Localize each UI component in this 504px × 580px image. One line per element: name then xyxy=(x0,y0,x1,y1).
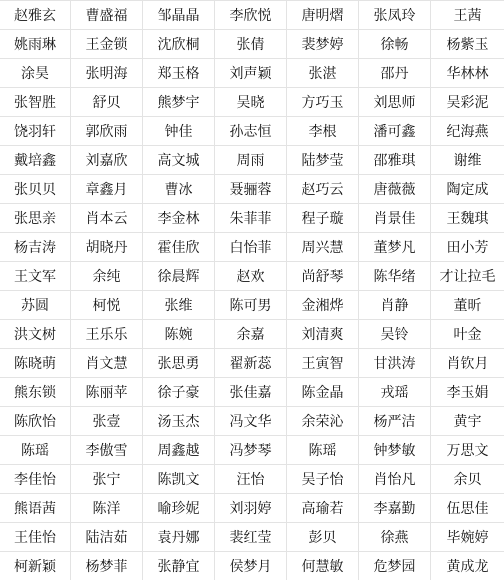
name-cell: 吴铃 xyxy=(359,320,431,349)
name-cell: 饶羽轩 xyxy=(0,117,71,146)
name-cell: 王寅智 xyxy=(287,349,359,378)
name-cell: 涂昊 xyxy=(0,59,71,88)
name-cell: 徐晨辉 xyxy=(143,262,215,291)
name-cell: 苏圆 xyxy=(0,291,71,320)
name-cell: 熊梦宇 xyxy=(143,88,215,117)
name-cell: 陆洁茹 xyxy=(71,523,143,552)
name-cell: 张宁 xyxy=(71,465,143,494)
name-cell: 方巧玉 xyxy=(287,88,359,117)
name-cell: 黄宇 xyxy=(431,407,504,436)
name-cell: 张思勇 xyxy=(143,349,215,378)
name-cell: 徐畅 xyxy=(359,30,431,59)
name-cell: 赵雅玄 xyxy=(0,1,71,30)
name-cell: 陈金晶 xyxy=(287,378,359,407)
name-cell: 危梦园 xyxy=(359,552,431,580)
name-cell: 张静宜 xyxy=(143,552,215,580)
name-cell: 陈丽苹 xyxy=(71,378,143,407)
name-cell: 刘声颖 xyxy=(215,59,287,88)
name-cell: 余贝 xyxy=(431,465,504,494)
name-cell: 谢维 xyxy=(431,146,504,175)
name-cell: 万思文 xyxy=(431,436,504,465)
name-cell: 舒贝 xyxy=(71,88,143,117)
name-cell: 潘可鑫 xyxy=(359,117,431,146)
name-cell: 徐子豪 xyxy=(143,378,215,407)
name-cell: 郑玉格 xyxy=(143,59,215,88)
name-cell: 李玉娟 xyxy=(431,378,504,407)
name-cell: 陈欣怡 xyxy=(0,407,71,436)
name-cell: 陈可男 xyxy=(215,291,287,320)
name-cell: 翟新蕊 xyxy=(215,349,287,378)
name-cell: 吴彩泥 xyxy=(431,88,504,117)
name-cell: 肖钦月 xyxy=(431,349,504,378)
name-cell: 李根 xyxy=(287,117,359,146)
name-cell: 肖景佳 xyxy=(359,204,431,233)
name-cell: 叶金 xyxy=(431,320,504,349)
name-cell: 钟佳 xyxy=(143,117,215,146)
name-cell: 聂骊蓉 xyxy=(215,175,287,204)
name-cell: 喻珍妮 xyxy=(143,494,215,523)
name-cell: 汤玉杰 xyxy=(143,407,215,436)
name-cell: 邹晶晶 xyxy=(143,1,215,30)
name-cell: 陈婉 xyxy=(143,320,215,349)
name-cell: 田小芳 xyxy=(431,233,504,262)
name-cell: 董昕 xyxy=(431,291,504,320)
name-cell: 熊语茜 xyxy=(0,494,71,523)
name-cell: 裴红莹 xyxy=(215,523,287,552)
name-cell: 刘羽婷 xyxy=(215,494,287,523)
name-cell: 李金林 xyxy=(143,204,215,233)
name-cell: 李嘉勤 xyxy=(359,494,431,523)
name-cell: 尚舒琴 xyxy=(287,262,359,291)
name-cell: 钟梦敏 xyxy=(359,436,431,465)
name-cell: 金湘烨 xyxy=(287,291,359,320)
name-cell: 李傲雪 xyxy=(71,436,143,465)
name-cell: 戴培鑫 xyxy=(0,146,71,175)
name-cell: 戎瑶 xyxy=(359,378,431,407)
name-cell: 柯悦 xyxy=(71,291,143,320)
name-cell: 李欣悦 xyxy=(215,1,287,30)
name-cell: 唐明熠 xyxy=(287,1,359,30)
name-cell: 何慧敏 xyxy=(287,552,359,580)
name-cell: 胡晓丹 xyxy=(71,233,143,262)
name-cell: 纪海燕 xyxy=(431,117,504,146)
name-cell: 张维 xyxy=(143,291,215,320)
name-cell: 王文军 xyxy=(0,262,71,291)
name-cell: 彭贝 xyxy=(287,523,359,552)
name-cell: 周兴慧 xyxy=(287,233,359,262)
name-cell: 刘清爽 xyxy=(287,320,359,349)
name-cell: 孙志恒 xyxy=(215,117,287,146)
name-cell: 陆梦莹 xyxy=(287,146,359,175)
name-cell: 刘思师 xyxy=(359,88,431,117)
name-cell: 霍佳欣 xyxy=(143,233,215,262)
name-cell: 才让拉毛 xyxy=(431,262,504,291)
name-cell: 冯梦琴 xyxy=(215,436,287,465)
name-cell: 肖文慧 xyxy=(71,349,143,378)
name-cell: 徐燕 xyxy=(359,523,431,552)
name-cell: 赵巧云 xyxy=(287,175,359,204)
name-cell: 余荣沁 xyxy=(287,407,359,436)
name-cell: 肖静 xyxy=(359,291,431,320)
name-cell: 杨紫玉 xyxy=(431,30,504,59)
name-cell: 袁丹娜 xyxy=(143,523,215,552)
name-cell: 陈瑶 xyxy=(287,436,359,465)
name-cell: 柯新颖 xyxy=(0,552,71,580)
name-cell: 王茜 xyxy=(431,1,504,30)
name-cell: 王乐乐 xyxy=(71,320,143,349)
name-grid: 赵雅玄曹盛福邹晶晶李欣悦唐明熠张凤玲王茜姚雨琳王金锁沈欣桐张倩裴梦婷徐畅杨紫玉涂… xyxy=(0,0,504,580)
name-cell: 余纯 xyxy=(71,262,143,291)
name-cell: 沈欣桐 xyxy=(143,30,215,59)
name-cell: 裴梦婷 xyxy=(287,30,359,59)
name-cell: 白怡菲 xyxy=(215,233,287,262)
name-cell: 肖本云 xyxy=(71,204,143,233)
name-cell: 陈华绪 xyxy=(359,262,431,291)
name-cell: 邵丹 xyxy=(359,59,431,88)
name-cell: 张倩 xyxy=(215,30,287,59)
name-cell: 伍思佳 xyxy=(431,494,504,523)
name-cell: 冯文华 xyxy=(215,407,287,436)
name-cell: 姚雨琳 xyxy=(0,30,71,59)
name-cell: 程子璇 xyxy=(287,204,359,233)
name-cell: 张思亲 xyxy=(0,204,71,233)
name-cell: 刘嘉欣 xyxy=(71,146,143,175)
name-cell: 华林林 xyxy=(431,59,504,88)
name-cell: 陶定成 xyxy=(431,175,504,204)
name-cell: 张智胜 xyxy=(0,88,71,117)
name-cell: 高文城 xyxy=(143,146,215,175)
name-cell: 王魏琪 xyxy=(431,204,504,233)
name-cell: 张贝贝 xyxy=(0,175,71,204)
name-cell: 吴子怡 xyxy=(287,465,359,494)
name-cell: 陈洋 xyxy=(71,494,143,523)
name-cell: 张明海 xyxy=(71,59,143,88)
name-cell: 黄成龙 xyxy=(431,552,504,580)
name-cell: 余嘉 xyxy=(215,320,287,349)
name-cell: 肖怡凡 xyxy=(359,465,431,494)
name-cell: 王佳怡 xyxy=(0,523,71,552)
name-cell: 汪怡 xyxy=(215,465,287,494)
name-cell: 侯梦月 xyxy=(215,552,287,580)
name-cell: 张壹 xyxy=(71,407,143,436)
name-cell: 张佳嘉 xyxy=(215,378,287,407)
name-cell: 陈晓萌 xyxy=(0,349,71,378)
name-cell: 高瑜若 xyxy=(287,494,359,523)
name-cell: 杨吉涛 xyxy=(0,233,71,262)
name-cell: 吴晓 xyxy=(215,88,287,117)
name-cell: 周雨 xyxy=(215,146,287,175)
name-cell: 张湛 xyxy=(287,59,359,88)
name-cell: 王金锁 xyxy=(71,30,143,59)
name-cell: 赵欢 xyxy=(215,262,287,291)
name-cell: 朱菲菲 xyxy=(215,204,287,233)
name-cell: 洪文树 xyxy=(0,320,71,349)
name-cell: 曹盛福 xyxy=(71,1,143,30)
name-cell: 陈凯文 xyxy=(143,465,215,494)
name-cell: 杨梦菲 xyxy=(71,552,143,580)
name-cell: 曹冰 xyxy=(143,175,215,204)
name-cell: 熊东锁 xyxy=(0,378,71,407)
name-cell: 唐薇薇 xyxy=(359,175,431,204)
name-cell: 陈瑶 xyxy=(0,436,71,465)
name-cell: 周鑫越 xyxy=(143,436,215,465)
name-cell: 董梦凡 xyxy=(359,233,431,262)
name-cell: 甘洪涛 xyxy=(359,349,431,378)
name-cell: 毕婉婷 xyxy=(431,523,504,552)
name-cell: 郭欣雨 xyxy=(71,117,143,146)
name-cell: 李佳怡 xyxy=(0,465,71,494)
name-cell: 张凤玲 xyxy=(359,1,431,30)
name-cell: 章鑫月 xyxy=(71,175,143,204)
name-cell: 邵雅琪 xyxy=(359,146,431,175)
name-cell: 杨严洁 xyxy=(359,407,431,436)
